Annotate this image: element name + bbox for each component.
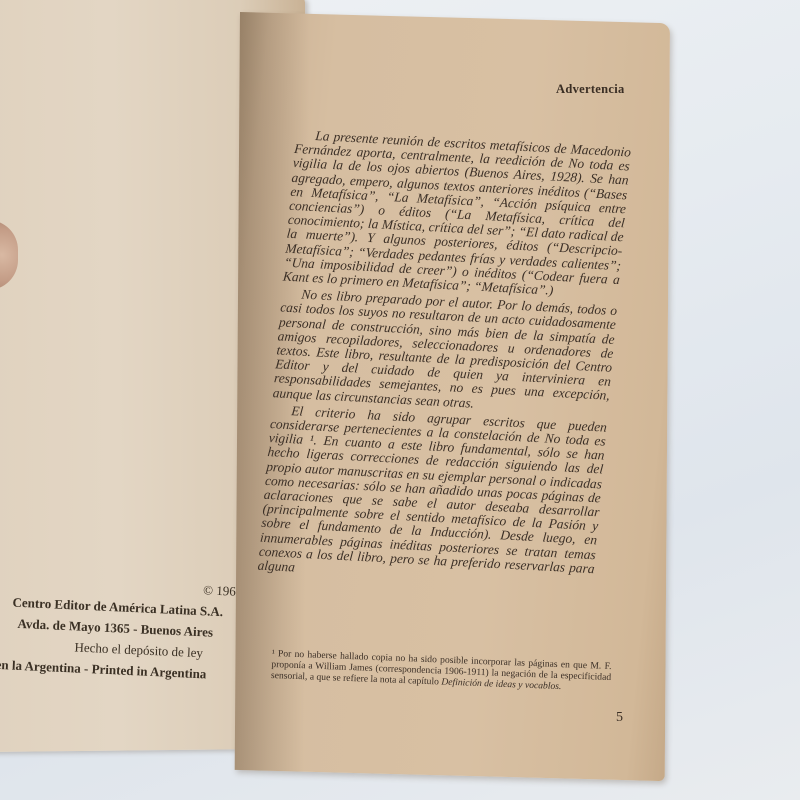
paragraph: El criterio ha sido agrupar escritos que… [257, 403, 607, 590]
running-header: Advertencia [556, 82, 625, 97]
open-book-photo: © 1967 Centro Editor de América Latina S… [0, 0, 800, 800]
page-number: 5 [616, 710, 623, 726]
paragraph: La presente reunión de escritos metafísi… [282, 128, 631, 301]
publisher-imprint: © 1967 Centro Editor de América Latina S… [0, 570, 245, 686]
paragraph: No es libro preparado por el autor. Por … [272, 287, 617, 418]
footnote-marker: ¹ [272, 648, 275, 659]
page-body: La presente reunión de escritos metafísi… [257, 128, 632, 593]
